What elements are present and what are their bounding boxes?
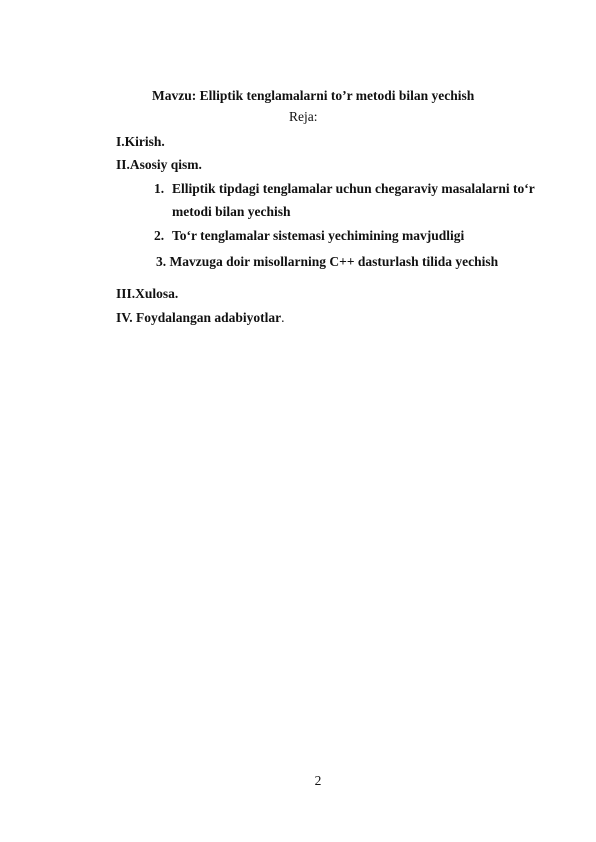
document-title: Mavzu: Elliptik tenglamalarni to’r metod…: [152, 88, 474, 104]
section-references: IV. Foydalangan adabiyotlar.: [116, 310, 285, 326]
section-main-part: II.Asosiy qism.: [116, 157, 202, 173]
subitem-1-text-continued: metodi bilan yechish: [172, 204, 291, 220]
subitem-1-text: Elliptik tipdagi tenglamalar uchun chega…: [172, 181, 535, 197]
subitem-2-text: To‘r tenglamalar sistemasi yechimining m…: [172, 228, 464, 244]
subitem-3-text: 3. Mavzuga doir misollarning C++ dasturl…: [156, 254, 498, 270]
page-number: 2: [0, 773, 596, 789]
subitem-2-number: 2.: [154, 228, 164, 244]
plan-label: Reja:: [289, 109, 318, 125]
section-conclusion: III.Xulosa.: [116, 286, 178, 302]
section-references-period: .: [281, 310, 284, 325]
section-references-label: IV. Foydalangan adabiyotlar: [116, 310, 281, 325]
subitem-1-number: 1.: [154, 181, 164, 197]
section-introduction: I.Kirish.: [116, 134, 165, 150]
